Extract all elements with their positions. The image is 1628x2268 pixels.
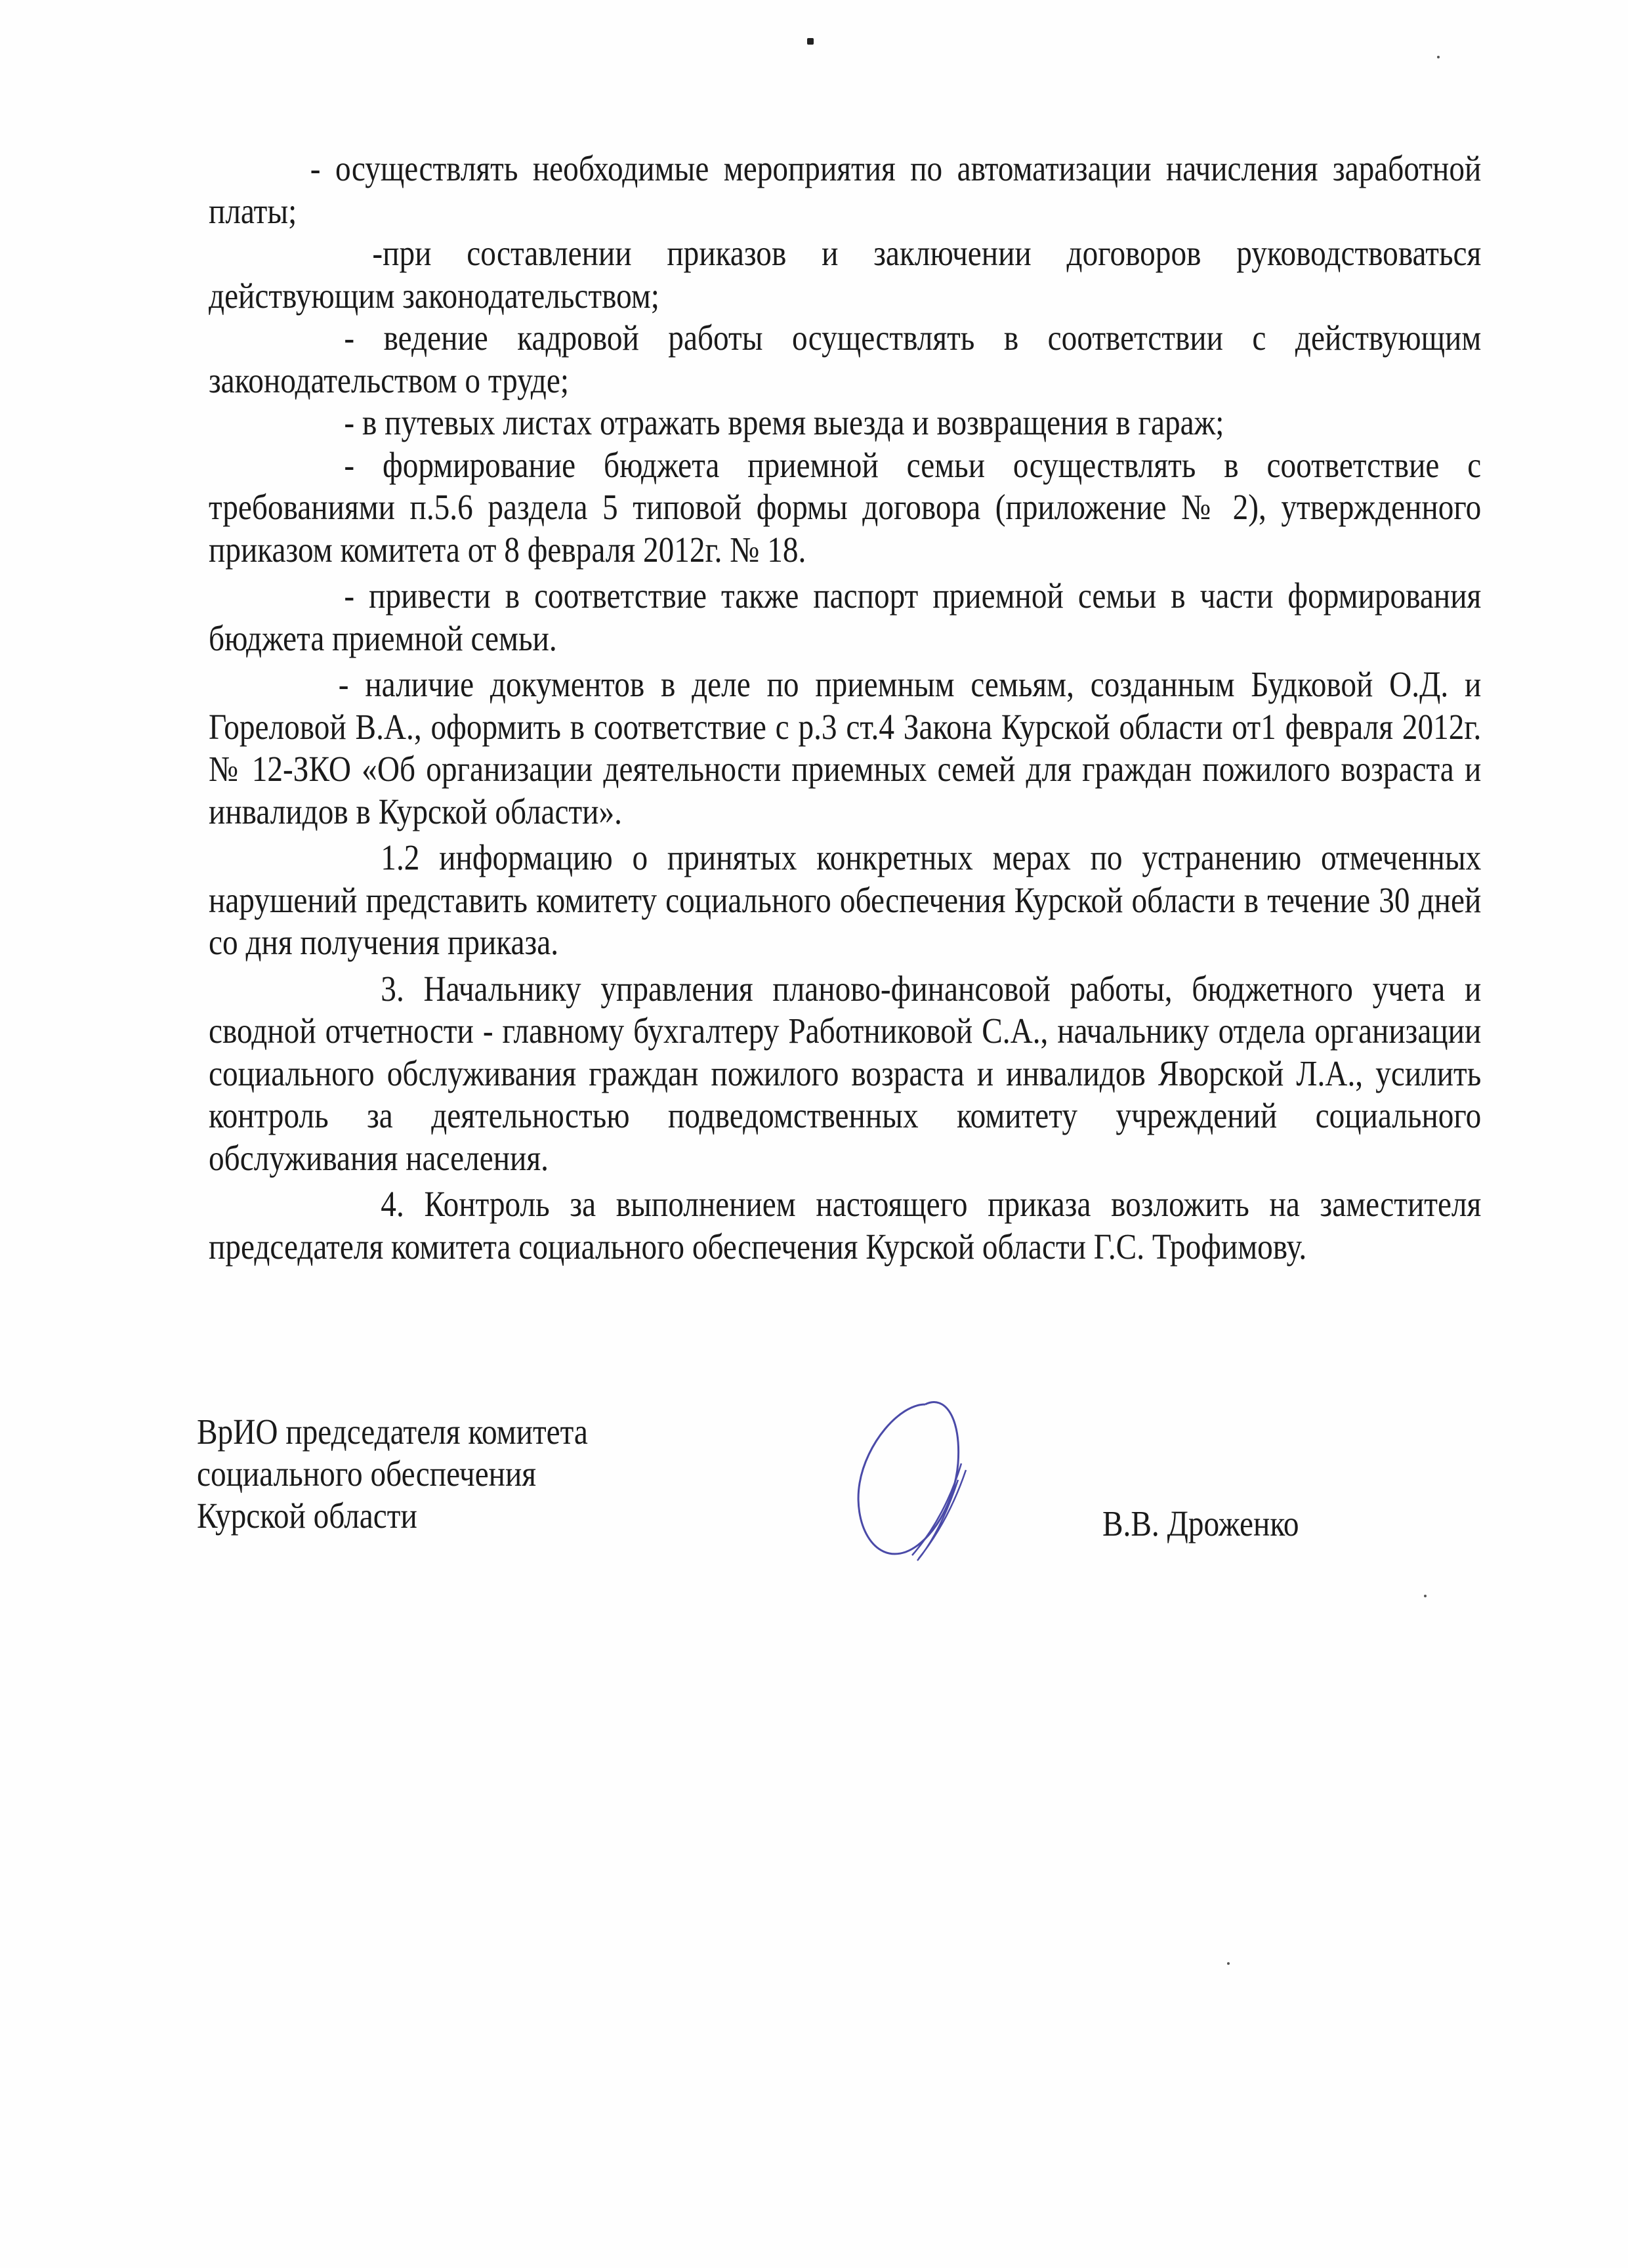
paragraph-3-control: 3. Начальнику управления планово-финансо…: [209, 968, 1481, 1180]
paragraph-family-passport: - привести в соответствие также паспорт …: [209, 575, 1481, 660]
paragraph-hr-work: - ведение кадровой работы осуществлять в…: [209, 317, 1481, 402]
scan-speck: [1437, 56, 1440, 58]
scan-speck: [1424, 1595, 1427, 1597]
signatory-title-line: социального обеспечения: [197, 1453, 588, 1495]
paragraph-waybills: - в путевых листах отражать время выезда…: [209, 402, 1481, 444]
signatory-title-line: Курской области: [197, 1495, 588, 1537]
signatory-title-line: ВрИО председателя комитета: [197, 1411, 588, 1453]
scan-mark: [807, 38, 814, 45]
signatory-title: ВрИО председателя комитета социального о…: [197, 1411, 588, 1537]
document-page: - осуществлять необходимые мероприятия п…: [0, 0, 1628, 2268]
paragraph-4-responsibility: 4. Контроль за выполнением настоящего пр…: [209, 1183, 1481, 1268]
signer-name: В.В. Дроженко: [1102, 1503, 1299, 1545]
handwritten-signature-icon: [846, 1391, 997, 1562]
paragraph-1-2-report: 1.2 информацию о принятых конкретных мер…: [209, 837, 1481, 964]
paragraph-payroll-automation: - осуществлять необходимые мероприятия п…: [209, 148, 1481, 232]
document-body: - осуществлять необходимые мероприятия п…: [209, 148, 1481, 1268]
paragraph-case-documents: - наличие документов в деле по приемным …: [209, 663, 1481, 833]
paragraph-orders-contracts: -при составлении приказов и заключении д…: [209, 232, 1481, 317]
scan-speck: [1227, 1962, 1230, 1965]
paragraph-foster-family-budget: - формирование бюджета приемной семьи ос…: [209, 444, 1481, 572]
